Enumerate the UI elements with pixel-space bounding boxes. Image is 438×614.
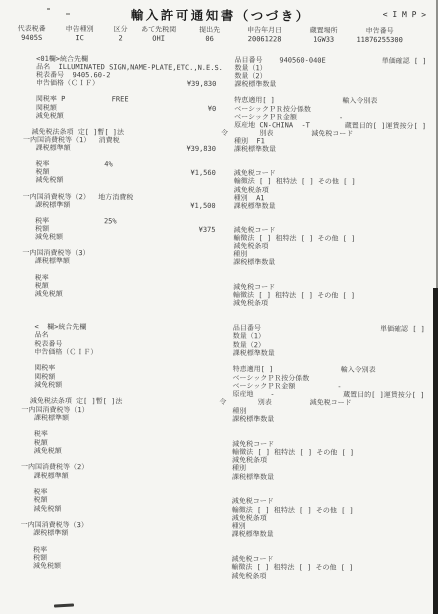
field-label-right: 減免税条項	[231, 572, 266, 580]
field-label-left: 税率	[20, 546, 47, 554]
field-label-left: 税額	[21, 438, 48, 446]
field-label-right: 課税標準数量	[232, 530, 274, 538]
field-label-right: 課税標準数量	[234, 145, 276, 153]
field-label-left: 申告価格（ＣＩＦ）	[22, 348, 98, 356]
field-label-right: 課税標準数量	[234, 80, 276, 88]
law-mark: 令	[221, 129, 228, 137]
field-label-left: 減免税額	[21, 381, 62, 389]
header-field-value: 11876255300	[356, 36, 402, 45]
field-label-right-end: 単価確認 [ ]	[380, 325, 425, 333]
field-label-right: 減免税条項	[232, 514, 267, 522]
header-field-value: 2	[114, 34, 128, 43]
field-label-left: 一内国消費税等（2）	[21, 463, 88, 471]
field-label-left: 減免税額	[23, 176, 64, 184]
field-label-right: 減免税条項	[232, 456, 267, 464]
law-mark: 令	[219, 398, 226, 406]
field-label-left: 税額	[22, 225, 49, 233]
header-field-label: 区分	[114, 25, 128, 34]
field-label-left: 課税標準額	[21, 529, 69, 537]
header-field: あて先税関OHI	[141, 26, 176, 44]
field-label-left: 税額	[21, 496, 48, 504]
field-label-right: 品目番号	[233, 324, 261, 332]
field-label-right: 課税標準数量	[233, 258, 275, 266]
amount-value: ¥39,830	[186, 145, 216, 153]
field-label-left: 減免税額	[22, 290, 63, 298]
scan-artifact-right-bar	[433, 288, 438, 614]
field-label-left: 減免税額	[21, 504, 62, 512]
imp-tag: < I M P >	[383, 10, 426, 19]
field-label-right: 減免税コード	[231, 555, 273, 563]
field-label-right: 種別	[232, 464, 246, 472]
field-label-right: 減免税コード	[232, 440, 274, 448]
header-field-label: あて先税関	[141, 26, 176, 35]
header-field: 申告番号11876255300	[356, 27, 402, 45]
header-field: 提出先06	[199, 26, 220, 44]
header-field-label: 代表税番	[18, 25, 46, 34]
field-label-left: 税額	[20, 554, 47, 562]
amount-value: ¥1,500	[190, 202, 215, 210]
header-field-value: 06	[199, 35, 220, 44]
field-label-right: 減免税コード	[233, 283, 275, 291]
field-label-left: 一内国消費税等（1）	[21, 405, 88, 413]
field-label-right: 減免税条項	[233, 299, 268, 307]
header-field: 申告年月日20061228	[247, 26, 282, 44]
field-label-left: 税率	[21, 488, 48, 496]
field-label-right: 課税標準数量	[234, 202, 276, 210]
field-label-left: 課税標準額	[21, 414, 69, 422]
field-label-left: 課税標準額	[23, 144, 71, 152]
field-label-left: 減免税額	[23, 111, 64, 119]
field-label-left: 税率	[22, 273, 49, 281]
field-label-right: 課税標準数量	[232, 473, 274, 481]
field-label-left: 減免税額	[20, 562, 61, 570]
scan-artifact-speck	[66, 13, 70, 15]
field-label-left: 減免税額	[22, 233, 63, 241]
document-title: 輸入許可通知書（つづき）	[2, 5, 438, 26]
document-sheet: 輸入許可通知書（つづき） < I M P > 代表税番9405S申告種別IC区分…	[0, 0, 438, 614]
header-field-label: 申告番号	[356, 27, 402, 36]
header-field-label: 申告種別	[66, 25, 94, 34]
header-field-value: 9405S	[18, 34, 46, 43]
item-block-01: <01欄>統合先欄品目番号 940560-040E単価確認 [ ] 品名 ILL…	[0, 55, 438, 309]
header-field-value: OHI	[141, 35, 176, 44]
field-label-right: 種別 F1	[234, 137, 265, 145]
field-label-left: 減免税法条項 定[ ]暫[ ]法	[21, 397, 122, 406]
field-label-left: 税額	[22, 281, 49, 289]
field-label-left: 課税標準額	[21, 471, 69, 479]
header-field-label: 提出先	[199, 26, 220, 35]
field-label-right: 減免税条項	[234, 186, 269, 194]
field-label-right-end: 単価確認 [ ]	[382, 57, 427, 65]
field-label-right: 種別	[232, 522, 246, 530]
amount-value: ¥1,560	[190, 169, 215, 177]
field-label-right: 課税標準数量	[232, 415, 274, 423]
header-field-label: 申告年月日	[247, 26, 282, 35]
scan-artifact-speck	[47, 8, 50, 10]
field-label-right: 減免税コード	[232, 497, 274, 505]
field-label-right: 数量（1）	[233, 332, 265, 340]
field-label-right-end: 蔵置目的[ ]運賃按分[ ]	[343, 391, 424, 399]
header-field-value: IC	[66, 34, 94, 43]
header-field-value: 20061228	[247, 35, 282, 44]
field-label-right: 課税標準数量	[233, 349, 275, 357]
field-label-left: 減免税額	[21, 447, 62, 455]
amount-value: ¥375	[199, 226, 216, 234]
header-field: 蔵置場所1GW33	[310, 27, 338, 45]
field-label-right: 種別 A1	[234, 194, 265, 202]
header-field: 代表税番9405S	[18, 25, 46, 43]
header-field: 申告種別IC	[66, 25, 94, 43]
item-block-blank: < 欄>統合先欄品目番号単価確認 [ ] 品名数量（1） 税表番号数量（2） 申…	[0, 323, 438, 581]
field-label-left: 関税額	[23, 103, 57, 111]
header-fields: 代表税番9405S申告種別IC区分2あて先税関OHI提出先06申告年月日2006…	[2, 0, 438, 1]
form-line: 減免税条項	[0, 570, 436, 581]
amount-value: ¥39,830	[187, 80, 217, 88]
header-field: 区分2	[114, 25, 128, 43]
item-blocks: <01欄>統合先欄品目番号 940560-040E単価確認 [ ] 品名 ILL…	[2, 0, 438, 1]
header-field-label: 蔵置場所	[310, 27, 338, 36]
field-label-right: 数量（2）	[233, 341, 265, 349]
field-label-left: 税率	[21, 430, 48, 438]
field-label-left: 関税率	[22, 364, 56, 372]
form-line: 減免税条項	[0, 297, 438, 308]
scanned-import-permit-page: 輸入許可通知書（つづき） < I M P > 代表税番9405S申告種別IC区分…	[0, 0, 438, 614]
field-label-left: 関税額	[22, 372, 56, 380]
field-label-right: 原産地 -	[232, 390, 274, 398]
field-label-left: 課税標準額	[23, 200, 71, 208]
amount-value: ¥0	[208, 104, 216, 112]
field-label-right: 種別	[232, 407, 246, 415]
field-label-left: 品名	[22, 331, 49, 339]
field-label-left: 税表番号	[22, 339, 63, 347]
field-label-left: 課税標準額	[22, 257, 70, 265]
field-label-right: ベーシックＰＲ按分係数	[233, 374, 310, 382]
field-label-right: 減免税コード	[233, 226, 275, 234]
header-field-value: 1GW33	[310, 36, 338, 45]
